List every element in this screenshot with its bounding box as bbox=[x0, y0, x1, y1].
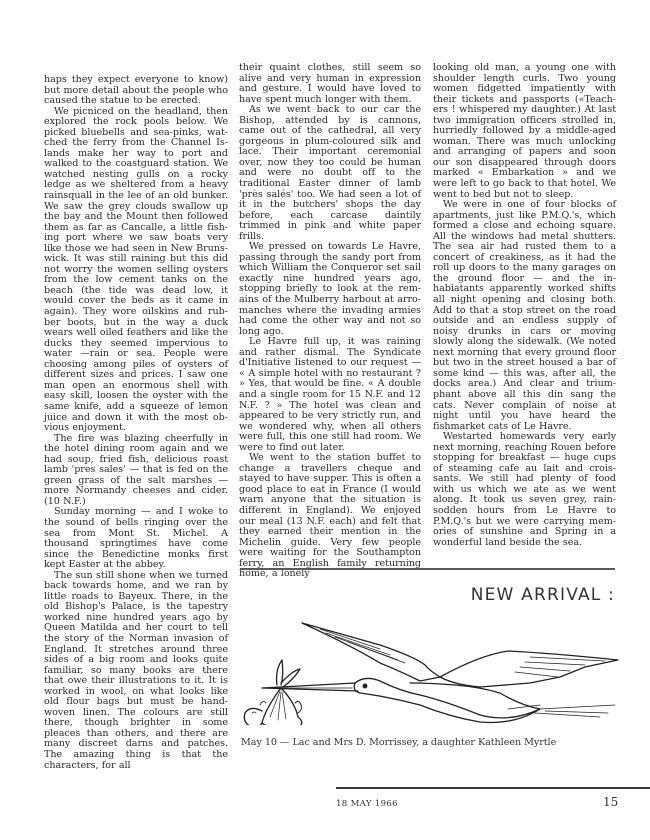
footer-rule bbox=[336, 787, 650, 789]
issue-date: 18 MAY 1966 bbox=[336, 799, 398, 809]
article-paragraph: Sunday morning — and I woke to the sound… bbox=[44, 507, 228, 570]
article-paragraph: looking old man, a young one with should… bbox=[433, 63, 616, 200]
article-column-3: looking old man, a young one with should… bbox=[433, 63, 616, 548]
article-paragraph: We went to the station buffet to change … bbox=[239, 453, 421, 580]
article-column-2: their quaint clothes, still seem so aliv… bbox=[239, 63, 421, 580]
article-paragraph: Le Havre full up, it was raining and rat… bbox=[239, 337, 421, 453]
article-column-1: haps they expect everyone to know) but m… bbox=[44, 75, 228, 771]
article-paragraph: The fire was blazing cheerfully in the h… bbox=[44, 434, 228, 508]
birth-announcement: May 10 — Lac and Mrs D. Morrissey, a dau… bbox=[241, 737, 621, 748]
section-divider bbox=[240, 568, 615, 570]
article-paragraph: We were in one of four blocks of apartme… bbox=[433, 200, 616, 432]
stork-illustration-icon bbox=[240, 605, 625, 725]
article-paragraph: We picniced on the headland, then explor… bbox=[44, 107, 228, 434]
article-paragraph: Westarted homewards very early next morn… bbox=[433, 432, 616, 548]
article-paragraph: The sun still shone when we turned back … bbox=[44, 571, 228, 771]
article-paragraph: As we went back to our car the Bishop, a… bbox=[239, 105, 421, 242]
article-paragraph: haps they expect everyone to know) but m… bbox=[44, 75, 228, 107]
article-paragraph: We pressed on towards Le Havre, passing … bbox=[239, 242, 421, 337]
new-arrival-heading: NEW ARRIVAL : bbox=[430, 585, 615, 605]
page-number: 15 bbox=[603, 795, 618, 809]
article-paragraph: their quaint clothes, still seem so aliv… bbox=[239, 63, 421, 105]
